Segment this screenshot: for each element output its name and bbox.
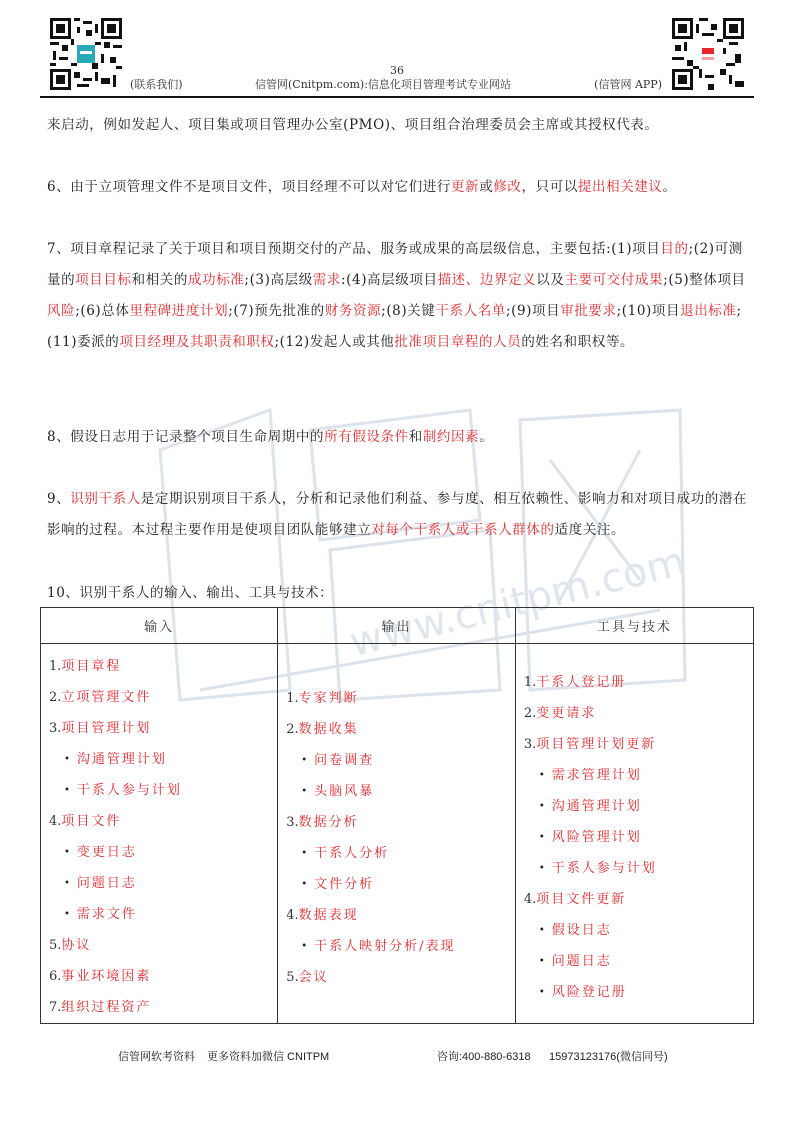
text-run: 9、 [47,491,70,507]
item-text: 需求文件 [77,907,137,922]
item-number: 3. [524,737,536,752]
item-text: 事业环境因素 [61,969,151,984]
list-item: 4.项目文件 [41,806,277,837]
item-text: 协议 [61,938,91,953]
highlight-text: 财务资源 [325,303,381,319]
tools-cell: 1.干系人登记册2.变更请求3.项目管理计划更新需求管理计划沟通管理计划风险管理… [515,644,753,1024]
item-number: 7. [49,1000,61,1015]
list-item: 5.会议 [278,962,515,993]
column-header-inputs: 输入 [41,608,278,644]
text-run: 。 [663,179,677,195]
list-item: 假设日志 [516,915,753,946]
item-text: 头脑风暴 [314,784,374,799]
item-number: 2. [524,706,536,721]
highlight-text: 干系人名单 [435,303,506,319]
list-item: 1.项目章程 [41,651,277,682]
item-number: 1. [524,675,536,690]
text-run: 的姓名和职权等。 [521,334,634,350]
outputs-cell: 1.专家判断2.数据收集问卷调查头脑风暴3.数据分析干系人分析文件分析4.数据表… [278,644,516,1024]
highlight-text: 提出相关建议 [578,179,663,195]
text-run: :(4)高层级项目 [341,272,438,288]
qr-code-contact-icon [50,18,122,90]
footer-wechat: 更多资料加微信 CNITPM [207,1048,329,1064]
text-run: 8、假设日志用于记录整个项目生命周期中的 [47,429,324,445]
highlight-text: 目的 [660,241,688,257]
text-run: ;(9)项目 [506,303,560,319]
item-text: 会议 [299,970,329,985]
text-run: 7、项目章程记录了关于项目和项目预期交付的产品、服务或成果的高层级信息，主要包括… [47,241,660,257]
paragraph-9: 9、识别干系人是定期识别项目干系人，分析和记录他们利益、参与度、相互依赖性、影响… [47,484,753,546]
item-number: 6. [49,969,61,984]
header-divider [40,96,754,98]
contact-us-label: (联系我们) [130,76,183,92]
outputs-list: 1.专家判断2.数据收集问卷调查头脑风暴3.数据分析干系人分析文件分析4.数据表… [278,683,515,993]
highlight-text: 项目经理及其职责和职权 [119,334,274,350]
item-text: 干系人分析 [314,846,389,861]
text-run: 来启动，例如发起人、项目集或项目管理办公室(PMO)、项目组合治理委员会主席或其… [47,117,659,133]
text-run: 和相关的 [132,272,188,288]
item-number: 5. [286,970,298,985]
highlight-text: 更新 [451,179,479,195]
text-run: ;(3)高层级 [244,272,312,288]
list-item: 风险管理计划 [516,822,753,853]
text-run: 10、识别干系人的输入、输出、工具与技术： [47,585,333,601]
list-item: 2.变更请求 [516,698,753,729]
list-item: 需求管理计划 [516,760,753,791]
item-text: 数据分析 [299,815,359,830]
list-item: 1.干系人登记册 [516,667,753,698]
text-run: ;(6)总体 [75,303,129,319]
footer-mobile: 15973123176(微信同号) [549,1048,668,1064]
inputs-list: 1.项目章程2.立项管理文件3.项目管理计划沟通管理计划干系人参与计划4.项目文… [41,651,277,1023]
text-run: 。 [479,429,493,445]
highlight-text: 审批要求 [560,303,616,319]
highlight-text: 风险 [47,303,75,319]
item-text: 项目管理计划 [61,721,151,736]
list-item: 2.立项管理文件 [41,682,277,713]
text-run: ;(10)项目 [617,303,680,319]
list-item: 3.项目管理计划更新 [516,729,753,760]
page-header: (联系我们) 36 信管网(Cnitpm.com):信息化项目管理考试专业网站 … [40,18,754,98]
list-item: 沟通管理计划 [516,791,753,822]
list-item: 6.事业环境因素 [41,961,277,992]
item-number: 1. [49,659,61,674]
item-number: 4. [49,814,61,829]
paragraph-6: 6、由于立项管理文件不是项目文件，项目经理不可以对它们进行更新或修改，只可以提出… [47,172,753,203]
item-text: 干系人登记册 [536,675,626,690]
item-text: 变更日志 [77,845,137,860]
item-text: 数据表现 [299,908,359,923]
highlight-text: 需求 [313,272,341,288]
list-item: 文件分析 [278,869,515,900]
item-text: 沟通管理计划 [552,799,642,814]
item-text: 风险登记册 [552,985,627,1000]
text-run: 和 [409,429,423,445]
item-text: 干系人参与计划 [77,783,182,798]
list-item: 问题日志 [41,868,277,899]
highlight-text: 主要可交付成果 [564,272,663,288]
item-text: 沟通管理计划 [77,752,167,767]
paragraph-10: 10、识别干系人的输入、输出、工具与技术： [47,578,753,609]
highlight-text: 描述、边界定义 [438,272,537,288]
item-text: 问卷调查 [314,753,374,768]
list-item: 问卷调查 [278,745,515,776]
highlight-text: 所有假设条件 [324,429,409,445]
item-text: 组织过程资产 [61,1000,151,1015]
item-number: 2. [286,722,298,737]
text-run: ;(12)发起人或其他 [275,334,395,350]
tools-list: 1.干系人登记册2.变更请求3.项目管理计划更新需求管理计划沟通管理计划风险管理… [516,667,753,1008]
text-run: ;(8)关键 [381,303,435,319]
qr-code-app-icon [672,18,744,90]
text-run: ;(7)预先批准的 [228,303,325,319]
text-run: ，只可以 [522,179,578,195]
item-text: 专家判断 [299,691,359,706]
item-text: 变更请求 [536,706,596,721]
list-item: 4.数据表现 [278,900,515,931]
list-item: 风险登记册 [516,977,753,1008]
item-number: 4. [286,908,298,923]
list-item: 问题日志 [516,946,753,977]
item-number: 4. [524,892,536,907]
item-number: 2. [49,690,61,705]
item-text: 项目管理计划更新 [536,737,656,752]
list-item: 5.协议 [41,930,277,961]
list-item: 1.专家判断 [278,683,515,714]
list-item: 7.组织过程资产 [41,992,277,1023]
table-header-row: 输入 输出 工具与技术 [41,608,754,644]
item-number: 5. [49,938,61,953]
list-item: 变更日志 [41,837,277,868]
paragraph-7: 7、项目章程记录了关于项目和项目预期交付的产品、服务或成果的高层级信息，主要包括… [47,234,753,358]
item-number: 3. [286,815,298,830]
item-text: 数据收集 [299,722,359,737]
text-run: 或 [479,179,493,195]
footer-brand: 信管网软考资料 [118,1048,195,1064]
highlight-text: 成功标准 [188,272,244,288]
site-title: 信管网(Cnitpm.com):信息化项目管理考试专业网站 [255,76,511,92]
item-text: 假设日志 [552,923,612,938]
list-item: 干系人分析 [278,838,515,869]
itto-table: 输入 输出 工具与技术 1.项目章程2.立项管理文件3.项目管理计划沟通管理计划… [40,607,754,1024]
list-item: 头脑风暴 [278,776,515,807]
list-item: 3.数据分析 [278,807,515,838]
item-text: 问题日志 [552,954,612,969]
item-text: 风险管理计划 [552,830,642,845]
item-text: 项目文件 [61,814,121,829]
item-number: 3. [49,721,61,736]
list-item: 干系人参与计划 [516,853,753,884]
table-row: 1.项目章程2.立项管理文件3.项目管理计划沟通管理计划干系人参与计划4.项目文… [41,644,754,1024]
column-header-outputs: 输出 [278,608,516,644]
item-text: 需求管理计划 [552,768,642,783]
list-item: 4.项目文件更新 [516,884,753,915]
list-item: 干系人参与计划 [41,775,277,806]
list-item: 2.数据收集 [278,714,515,745]
item-text: 立项管理文件 [61,690,151,705]
text-run: 6、由于立项管理文件不是项目文件，项目经理不可以对它们进行 [47,179,451,195]
highlight-text: 识别干系人 [70,491,141,507]
list-item: 干系人映射分析/表现 [278,931,515,962]
item-text: 干系人映射分析/表现 [314,939,455,954]
text-run: ;(5)整体项目 [663,272,745,288]
text-run: 适度关注。 [555,522,626,538]
item-text: 问题日志 [77,876,137,891]
highlight-text: 对每个干系人或干系人群体的 [371,522,554,538]
footer-phone: 咨询:400-880-6318 [437,1048,531,1064]
document-page: (联系我们) 36 信管网(Cnitpm.com):信息化项目管理考试专业网站 … [0,0,794,1123]
highlight-text: 修改 [493,179,521,195]
inputs-cell: 1.项目章程2.立项管理文件3.项目管理计划沟通管理计划干系人参与计划4.项目文… [41,644,278,1024]
highlight-text: 项目目标 [75,272,131,288]
item-number: 1. [286,691,298,706]
list-item: 需求文件 [41,899,277,930]
highlight-text: 里程碑进度计划 [129,303,228,319]
item-text: 干系人参与计划 [552,861,657,876]
text-run: 以及 [536,272,564,288]
app-label: (信管网 APP) [594,76,662,92]
highlight-text: 制约因素 [423,429,479,445]
paragraph-5-continuation: 来启动，例如发起人、项目集或项目管理办公室(PMO)、项目组合治理委员会主席或其… [47,110,753,141]
list-item: 3.项目管理计划 [41,713,277,744]
highlight-text: 退出标准 [680,303,736,319]
paragraph-8: 8、假设日志用于记录整个项目生命周期中的所有假设条件和制约因素。 [47,422,753,453]
item-text: 项目章程 [61,659,121,674]
item-text: 文件分析 [314,877,374,892]
highlight-text: 批准项目章程的人员 [394,334,521,350]
list-item: 沟通管理计划 [41,744,277,775]
item-text: 项目文件更新 [536,892,626,907]
column-header-tools: 工具与技术 [515,608,753,644]
